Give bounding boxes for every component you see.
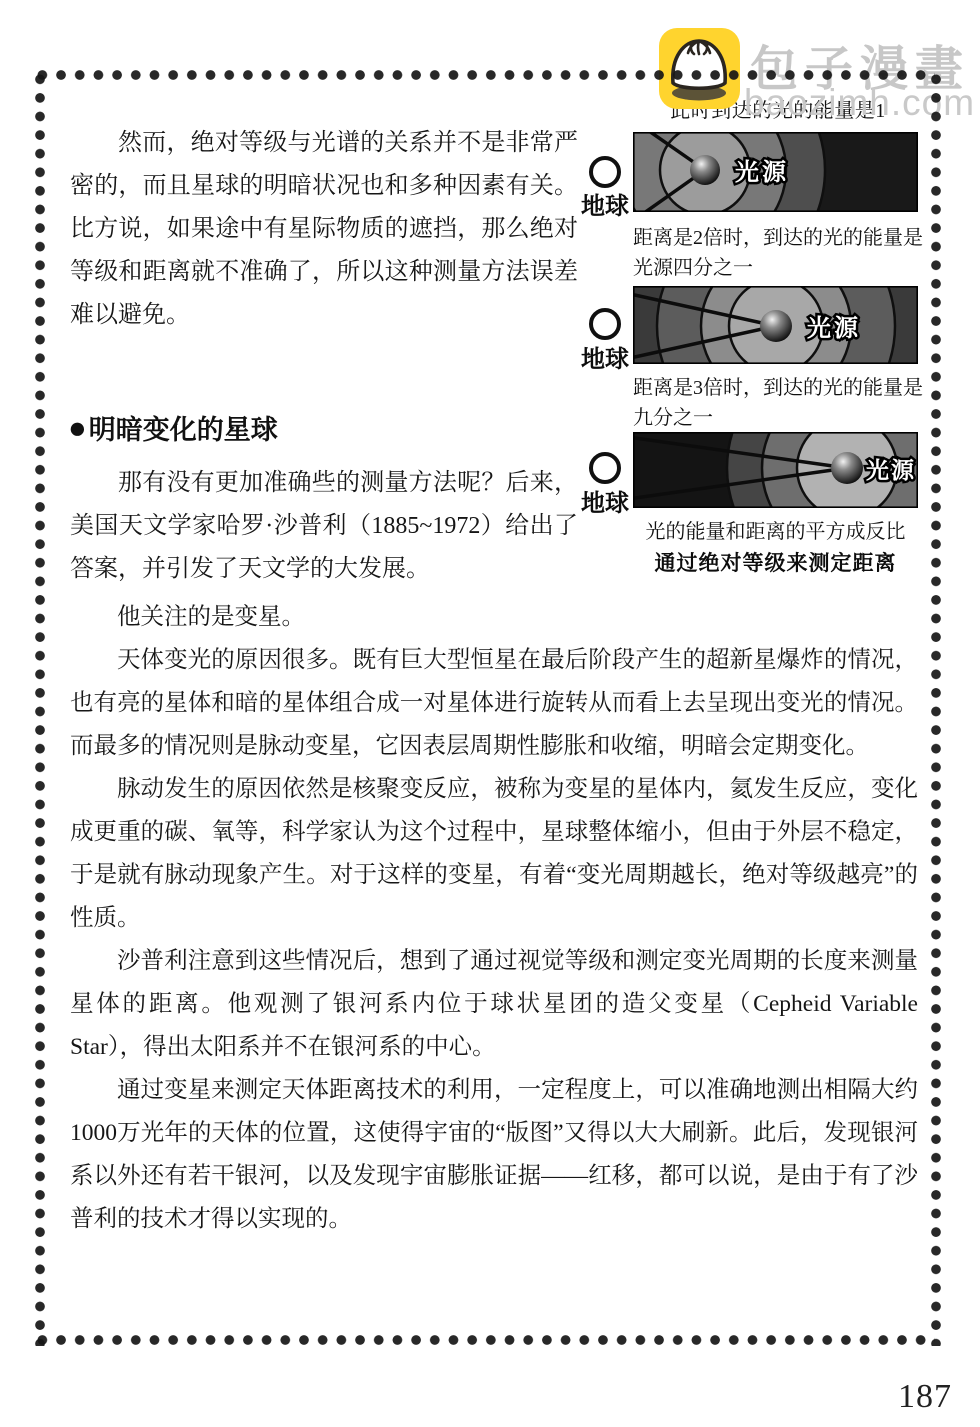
inverse-square-diagram-1: 光源 [633, 132, 918, 212]
dotted-border-bottom [33, 1335, 935, 1345]
book-page: 包子漫畫 baozimh.com 然而，绝对等级与光谱的关系并不是非常严密的，而… [0, 0, 980, 1427]
paragraph: 天体变光的原因很多。既有巨大型恒星在最后阶段产生的超新星爆炸的情况，也有亮的星体… [70, 639, 918, 768]
diagram-caption-1: 距离是2倍时，到达的光的能量是光源四分之一 [633, 223, 929, 283]
earth-icon [589, 308, 621, 340]
diagram-caption-2: 距离是3倍时，到达的光的能量是九分之一 [633, 373, 929, 433]
dotted-border-left [35, 70, 45, 1346]
page-number: 187 [898, 1378, 952, 1416]
paragraph: 脉动发生的原因依然是核聚变反应，被称为变星的星体内，氦发生反应，变化成更重的碳、… [70, 768, 918, 940]
diagram-caption-3: 光的能量和距离的平方成反比 [633, 515, 918, 544]
dotted-border-right [931, 70, 941, 1346]
light-source-label: 光源 [866, 457, 916, 483]
watermark-domain: baozimh.com [744, 82, 975, 124]
earth-icon [589, 452, 621, 484]
figure-caption-bold: 通过绝对等级来测定距离 [633, 547, 918, 577]
paragraph: 他关注的是变星。 [70, 596, 918, 639]
paragraph-intro: 然而，绝对等级与光谱的关系并不是非常严密的，而且星球的明暗状况也和多种因素有关。… [70, 122, 578, 337]
inverse-square-diagram-3: 光源 [633, 432, 918, 508]
paragraph: 沙普利注意到这些情况后，想到了通过视觉等级和测定变光周期的长度来测量星体的距离。… [70, 940, 918, 1069]
main-text-flow: 他关注的是变星。 天体变光的原因很多。既有巨大型恒星在最后阶段产生的超新星爆炸的… [70, 596, 918, 1241]
section-header: ● 明暗变化的星球 [68, 408, 278, 447]
bullet-icon: ● [68, 414, 87, 441]
paragraph: 通过变星来测定天体距离技术的利用，一定程度上，可以准确地测出相隔大约1000万光… [70, 1069, 918, 1241]
earth-label: 地球 [581, 186, 641, 221]
baozi-bun-icon [658, 27, 741, 110]
light-source-label: 光源 [807, 315, 861, 342]
light-source-label: 光源 [735, 159, 789, 186]
earth-icon [589, 156, 621, 188]
paragraph-shapley-intro: 那有没有更加准确些的测量方法呢？后来，美国天文学家哈罗·沙普利（1885~197… [70, 462, 578, 591]
section-title: 明暗变化的星球 [89, 408, 278, 447]
earth-label: 地球 [581, 339, 641, 374]
inverse-square-diagram-2: 光源 [633, 286, 918, 364]
earth-label: 地球 [581, 483, 641, 518]
